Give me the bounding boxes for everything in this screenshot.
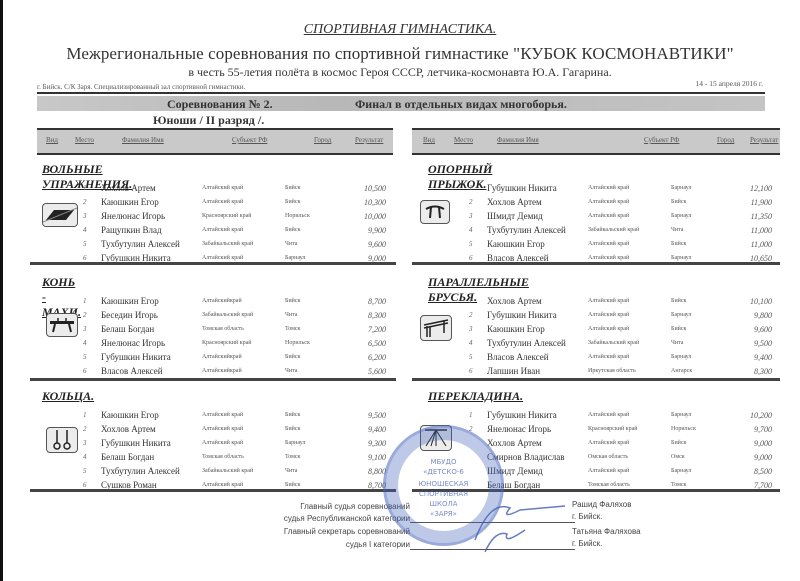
- col-event: Вид: [423, 136, 435, 144]
- city-cell: Чита: [285, 468, 297, 474]
- score-cell: 9,400: [340, 425, 386, 434]
- table-row: 6Лапшин ИванИркутская областьАнгарск8,30…: [416, 365, 776, 379]
- athlete-name: Янелюнас Игорь: [487, 424, 551, 434]
- city-cell: Томск: [285, 326, 300, 332]
- place-cell: 1: [469, 184, 473, 192]
- score-cell: 11,000: [726, 226, 772, 235]
- region-cell: Алтайский край: [588, 468, 629, 474]
- score-cell: 10,200: [726, 411, 772, 420]
- region-cell: Забайкальский край: [202, 468, 253, 474]
- region-cell: Забайкальский край: [202, 241, 253, 247]
- secretary-label-1: Главный секретарь соревнований: [250, 527, 410, 536]
- table-row: 1Каюшкин ЕгорАлтайский крайБийск9,500: [30, 409, 390, 423]
- city-cell: Барнаул: [671, 312, 691, 318]
- place-cell: 1: [83, 297, 87, 305]
- athlete-name: Шмидт Демид: [487, 211, 543, 221]
- score-cell: 8,300: [340, 311, 386, 320]
- score-cell: 10,500: [340, 184, 386, 193]
- place-cell: 4: [83, 339, 87, 347]
- city-cell: Бийск: [285, 199, 300, 205]
- secretary-city: г. Бийск.: [572, 539, 602, 548]
- section-divider: [30, 262, 396, 265]
- competition-band: Соревнования № 2. Финал в отдельных вида…: [37, 96, 765, 111]
- col-region: Субъект РФ: [232, 136, 267, 144]
- col-name: Фамилия Имя: [122, 136, 164, 144]
- place-cell: 6: [469, 254, 473, 262]
- venue-text: г. Бийск. С/К Заря. Специализированный з…: [37, 83, 245, 91]
- place-cell: 2: [469, 311, 473, 319]
- score-cell: 7,200: [340, 325, 386, 334]
- chief-judge-city: г. Бийск.: [572, 512, 602, 521]
- region-cell: Томская область: [588, 482, 630, 488]
- region-cell: Алтайский край: [202, 199, 243, 205]
- stamp-line: СПОРТИВНАЯ: [386, 490, 501, 498]
- section-title: ПЕРЕКЛАДИНА.: [428, 389, 523, 404]
- score-cell: 10,100: [726, 297, 772, 306]
- score-cell: 6,200: [340, 353, 386, 362]
- region-cell: Красноярский край: [202, 340, 251, 346]
- region-cell: Алтайский край: [202, 255, 243, 261]
- city-cell: Бийск: [671, 440, 686, 446]
- place-cell: 3: [83, 212, 87, 220]
- table-row: 1Каюшкин ЕгорАлтайскийкрайБийск8,700: [30, 295, 390, 309]
- athlete-name: Хохлов Артем: [487, 296, 542, 306]
- athlete-name: Хохлов Артем: [487, 438, 542, 448]
- region-cell: Алтайский край: [588, 312, 629, 318]
- table-row: 4Янелюнас ИгорьКрасноярский крайНорильск…: [30, 337, 390, 351]
- city-cell: Норильск: [671, 426, 696, 432]
- chief-judge-name: Рашид Фаляхов: [572, 500, 631, 509]
- city-cell: Ангарск: [671, 368, 692, 374]
- athlete-name: Губушкин Никита: [487, 183, 557, 193]
- secretary-label-2: судья I категории: [260, 540, 410, 549]
- athlete-name: Власов Алексей: [101, 366, 163, 376]
- athlete-name: Хохлов Артем: [101, 183, 156, 193]
- competition-title: Межрегиональные соревнования по спортивн…: [0, 44, 800, 64]
- score-cell: 8,300: [726, 367, 772, 376]
- athlete-name: Белаш Богдан: [101, 452, 154, 462]
- table-row: 5Тухбутулин АлексейЗабайкальский крайЧит…: [30, 238, 390, 252]
- score-cell: 9,600: [726, 325, 772, 334]
- region-cell: Алтайский край: [588, 199, 629, 205]
- col-city: Город: [717, 136, 734, 144]
- place-cell: 2: [83, 425, 87, 433]
- score-cell: 8,500: [726, 467, 772, 476]
- score-cell: 9,100: [340, 453, 386, 462]
- score-cell: 9,500: [340, 411, 386, 420]
- score-cell: 10,000: [340, 212, 386, 221]
- category-label: Юноши / II разряд /.: [153, 113, 264, 128]
- region-cell: Алтайскийкрай: [202, 354, 242, 360]
- city-cell: Чита: [285, 368, 297, 374]
- col-city: Город: [314, 136, 331, 144]
- region-cell: Омская область: [588, 454, 628, 460]
- score-cell: 12,100: [726, 184, 772, 193]
- section-divider: [30, 378, 396, 381]
- place-cell: 3: [469, 212, 473, 220]
- table-row: 2Хохлов АртемАлтайский крайБийск11,900: [416, 196, 776, 210]
- city-cell: Барнаул: [285, 440, 305, 446]
- score-cell: 9,000: [726, 439, 772, 448]
- city-cell: Барнаул: [671, 468, 691, 474]
- score-cell: 5,600: [340, 367, 386, 376]
- city-cell: Томск: [671, 482, 686, 488]
- score-cell: 9,300: [340, 439, 386, 448]
- table-row: 5Власов АлексейАлтайский крайБарнаул9,40…: [416, 351, 776, 365]
- city-cell: Бийск: [285, 426, 300, 432]
- secretary-name: Татьяна Фаляхова: [572, 527, 641, 536]
- city-cell: Бийск: [285, 298, 300, 304]
- region-cell: Алтайский край: [202, 440, 243, 446]
- athlete-name: Хохлов Артем: [101, 424, 156, 434]
- city-cell: Норильск: [285, 340, 310, 346]
- city-cell: Бийск: [285, 227, 300, 233]
- section-divider: [412, 262, 780, 265]
- region-cell: Иркутская область: [588, 368, 636, 374]
- table-row: 4Ращупкин ВладАлтайский крайБийск9,900: [30, 224, 390, 238]
- region-cell: Красноярский край: [202, 213, 251, 219]
- athlete-name: Тухбутулин Алексей: [101, 466, 180, 476]
- table-row: 3Белаш БогданТомская областьТомск7,200: [30, 323, 390, 337]
- place-cell: 4: [83, 453, 87, 461]
- place-cell: 5: [83, 353, 87, 361]
- athlete-name: Тухбутулин Алексей: [487, 338, 566, 348]
- section-divider: [30, 489, 396, 492]
- city-cell: Барнаул: [671, 255, 691, 261]
- col-result: Результат: [750, 136, 778, 144]
- table-row: 1Хохлов АртемАлтайский крайБийск10,100: [416, 295, 776, 309]
- athlete-name: Янелюнас Игорь: [101, 211, 165, 221]
- region-cell: Алтайский край: [588, 354, 629, 360]
- region-cell: Алтайский край: [588, 255, 629, 261]
- city-cell: Томск: [285, 454, 300, 460]
- region-cell: Забайкальский край: [588, 227, 639, 233]
- col-region: Субъект РФ: [644, 136, 679, 144]
- table-row: 2Беседин ИгорьЗабайкальский крайЧита8,30…: [30, 309, 390, 323]
- city-cell: Бийск: [285, 412, 300, 418]
- place-cell: 1: [469, 297, 473, 305]
- col-name: Фамилия Имя: [497, 136, 539, 144]
- official-stamp: МБУДО «ДЕТСКО-6 ЮНОШЕСКАЯ СПОРТИВНАЯ ШКО…: [383, 425, 504, 546]
- athlete-name: Губушкин Никита: [487, 310, 557, 320]
- city-cell: Чита: [285, 241, 297, 247]
- city-cell: Норильск: [285, 213, 310, 219]
- city-cell: Барнаул: [671, 412, 691, 418]
- table-row: 3Каюшкин ЕгорАлтайский крайБийск9,600: [416, 323, 776, 337]
- col-place: Место: [454, 136, 473, 144]
- athlete-name: Каюшкин Егор: [101, 296, 159, 306]
- city-cell: Чита: [285, 312, 297, 318]
- dedication-subtitle: в честь 55-летия полёта в космос Героя С…: [0, 65, 800, 80]
- place-cell: 1: [469, 411, 473, 419]
- score-cell: 6,500: [340, 339, 386, 348]
- place-cell: 6: [83, 367, 87, 375]
- athlete-name: Каюшкин Егор: [487, 239, 545, 249]
- region-cell: Алтайский край: [588, 185, 629, 191]
- place-cell: 5: [469, 353, 473, 361]
- table-row: 1Хохлов АртемАлтайский крайБийск10,500: [30, 182, 390, 196]
- col-place: Место: [75, 136, 94, 144]
- score-cell: 11,350: [726, 212, 772, 221]
- score-cell: 9,900: [340, 226, 386, 235]
- region-cell: Алтайский край: [588, 213, 629, 219]
- col-event: Вид: [46, 136, 58, 144]
- city-cell: Бийск: [285, 482, 300, 488]
- athlete-name: Ращупкин Влад: [101, 225, 162, 235]
- table-row: 4Тухбутулин АлексейЗабайкальский крайЧит…: [416, 337, 776, 351]
- place-cell: 4: [469, 226, 473, 234]
- section-title: КОЛЬЦА.: [42, 389, 94, 404]
- table-row: 1Губушкин НикитаАлтайский крайБарнаул12,…: [416, 182, 776, 196]
- place-cell: 2: [83, 198, 87, 206]
- athlete-name: Хохлов Артем: [487, 197, 542, 207]
- region-cell: Томская область: [202, 454, 244, 460]
- table-row: 1Губушкин НикитаАлтайский крайБарнаул10,…: [416, 409, 776, 423]
- city-cell: Барнаул: [285, 255, 305, 261]
- table-row: 2Каюшкин ЕгорАлтайский крайБийск10,300: [30, 196, 390, 210]
- athlete-name: Белаш Богдан: [101, 324, 154, 334]
- athlete-name: Каюшкин Егор: [487, 324, 545, 334]
- table-row: 2Губушкин НикитаАлтайский крайБарнаул9,8…: [416, 309, 776, 323]
- region-cell: Алтайский край: [202, 227, 243, 233]
- score-cell: 9,000: [726, 453, 772, 462]
- athlete-name: Янелюнас Игорь: [101, 338, 165, 348]
- region-cell: Забайкальский край: [202, 312, 253, 318]
- final-title: Финал в отдельных видах многоборья.: [355, 97, 567, 112]
- score-cell: 11,000: [726, 240, 772, 249]
- place-cell: 1: [83, 184, 87, 192]
- stamp-line: ШКОЛА: [386, 500, 501, 508]
- place-cell: 6: [83, 254, 87, 262]
- sport-title: СПОРТИВНАЯ ГИМНАСТИКА.: [0, 22, 800, 38]
- score-cell: 9,700: [726, 425, 772, 434]
- place-cell: 3: [83, 325, 87, 333]
- region-cell: Алтайскийкрай: [202, 368, 242, 374]
- region-cell: Алтайскийкрай: [202, 298, 242, 304]
- region-cell: Алтайский край: [588, 412, 629, 418]
- competition-number: Соревнования № 2.: [167, 97, 273, 112]
- athlete-name: Губушкин Никита: [101, 352, 171, 362]
- place-cell: 1: [83, 411, 87, 419]
- region-cell: Алтайский край: [202, 426, 243, 432]
- city-cell: Барнаул: [671, 213, 691, 219]
- place-cell: 3: [469, 325, 473, 333]
- athlete-name: Каюшкин Егор: [101, 197, 159, 207]
- place-cell: 6: [83, 481, 87, 489]
- dates-text: 14 - 15 апреля 2016 г.: [696, 79, 764, 88]
- table-row: 2Хохлов АртемАлтайский крайБийск9,400: [30, 423, 390, 437]
- place-cell: 2: [83, 311, 87, 319]
- place-cell: 2: [469, 198, 473, 206]
- athlete-name: Губушкин Никита: [487, 410, 557, 420]
- section-divider: [412, 378, 780, 381]
- athlete-name: Власов Алексей: [487, 352, 549, 362]
- region-cell: Алтайский край: [588, 241, 629, 247]
- score-cell: 8,800: [340, 467, 386, 476]
- region-cell: Алтайский край: [202, 412, 243, 418]
- column-header-right: Вид Место Фамилия Имя Субъект РФ Город Р…: [412, 128, 780, 155]
- chief-judge-label-2: судья Республиканской категории: [240, 514, 410, 523]
- table-row: 3Янелюнас ИгорьКрасноярский крайНорильск…: [30, 210, 390, 224]
- city-cell: Барнаул: [671, 185, 691, 191]
- region-cell: Алтайский край: [588, 326, 629, 332]
- stamp-line: МБУДО: [386, 458, 501, 466]
- city-cell: Барнаул: [671, 354, 691, 360]
- city-cell: Омск: [671, 454, 685, 460]
- city-cell: Чита: [671, 340, 683, 346]
- place-cell: 4: [469, 339, 473, 347]
- stamp-line: «ЗАРЯ»: [386, 510, 501, 518]
- athlete-name: Тухбутулин Алексей: [101, 239, 180, 249]
- scan-edge: [0, 0, 3, 581]
- score-cell: 9,800: [726, 311, 772, 320]
- athlete-name: Беседин Игорь: [101, 310, 158, 320]
- region-cell: Алтайский край: [202, 482, 243, 488]
- place-cell: 5: [469, 240, 473, 248]
- score-cell: 9,500: [726, 339, 772, 348]
- city-cell: Бийск: [671, 199, 686, 205]
- score-cell: 10,300: [340, 198, 386, 207]
- stamp-line: «ДЕТСКО-6: [386, 468, 501, 476]
- city-cell: Бийск: [671, 298, 686, 304]
- city-cell: Бийск: [671, 241, 686, 247]
- city-cell: Бийск: [671, 326, 686, 332]
- col-result: Результат: [355, 136, 383, 144]
- table-row: 3Шмидт ДемидАлтайский крайБарнаул11,350: [416, 210, 776, 224]
- column-header-left: Вид Место Фамилия Имя Субъект РФ Город Р…: [37, 128, 393, 155]
- region-cell: Алтайский край: [202, 185, 243, 191]
- region-cell: Алтайский край: [588, 298, 629, 304]
- city-cell: Бийск: [285, 354, 300, 360]
- place-cell: 3: [83, 439, 87, 447]
- table-row: 6Власов АлексейАлтайскийкрайЧита5,600: [30, 365, 390, 379]
- stamp-line: ЮНОШЕСКАЯ: [386, 480, 501, 488]
- region-cell: Красноярский край: [588, 426, 637, 432]
- score-cell: 8,700: [340, 297, 386, 306]
- place-cell: 4: [83, 226, 87, 234]
- score-cell: 11,900: [726, 198, 772, 207]
- place-cell: 5: [83, 240, 87, 248]
- header-divider: [37, 92, 765, 94]
- region-cell: Томская область: [202, 326, 244, 332]
- table-row: 5Губушкин НикитаАлтайскийкрайБийск6,200: [30, 351, 390, 365]
- athlete-name: Каюшкин Егор: [101, 410, 159, 420]
- athlete-name: Тухбутулин Алексей: [487, 225, 566, 235]
- score-cell: 9,400: [726, 353, 772, 362]
- region-cell: Забайкальский край: [588, 340, 639, 346]
- table-row: 4Белаш БогданТомская областьТомск9,100: [30, 451, 390, 465]
- table-row: 5Каюшкин ЕгорАлтайский крайБийск11,000: [416, 238, 776, 252]
- city-cell: Бийск: [285, 185, 300, 191]
- place-cell: 5: [83, 467, 87, 475]
- athlete-name: Губушкин Никита: [101, 438, 171, 448]
- region-cell: Алтайский край: [588, 440, 629, 446]
- table-row: 5Тухбутулин АлексейЗабайкальский крайЧит…: [30, 465, 390, 479]
- city-cell: Чита: [671, 227, 683, 233]
- athlete-name: Лапшин Иван: [487, 366, 540, 376]
- score-cell: 9,600: [340, 240, 386, 249]
- table-row: 3Губушкин НикитаАлтайский крайБарнаул9,3…: [30, 437, 390, 451]
- place-cell: 6: [469, 367, 473, 375]
- table-row: 4Тухбутулин АлексейЗабайкальский крайЧит…: [416, 224, 776, 238]
